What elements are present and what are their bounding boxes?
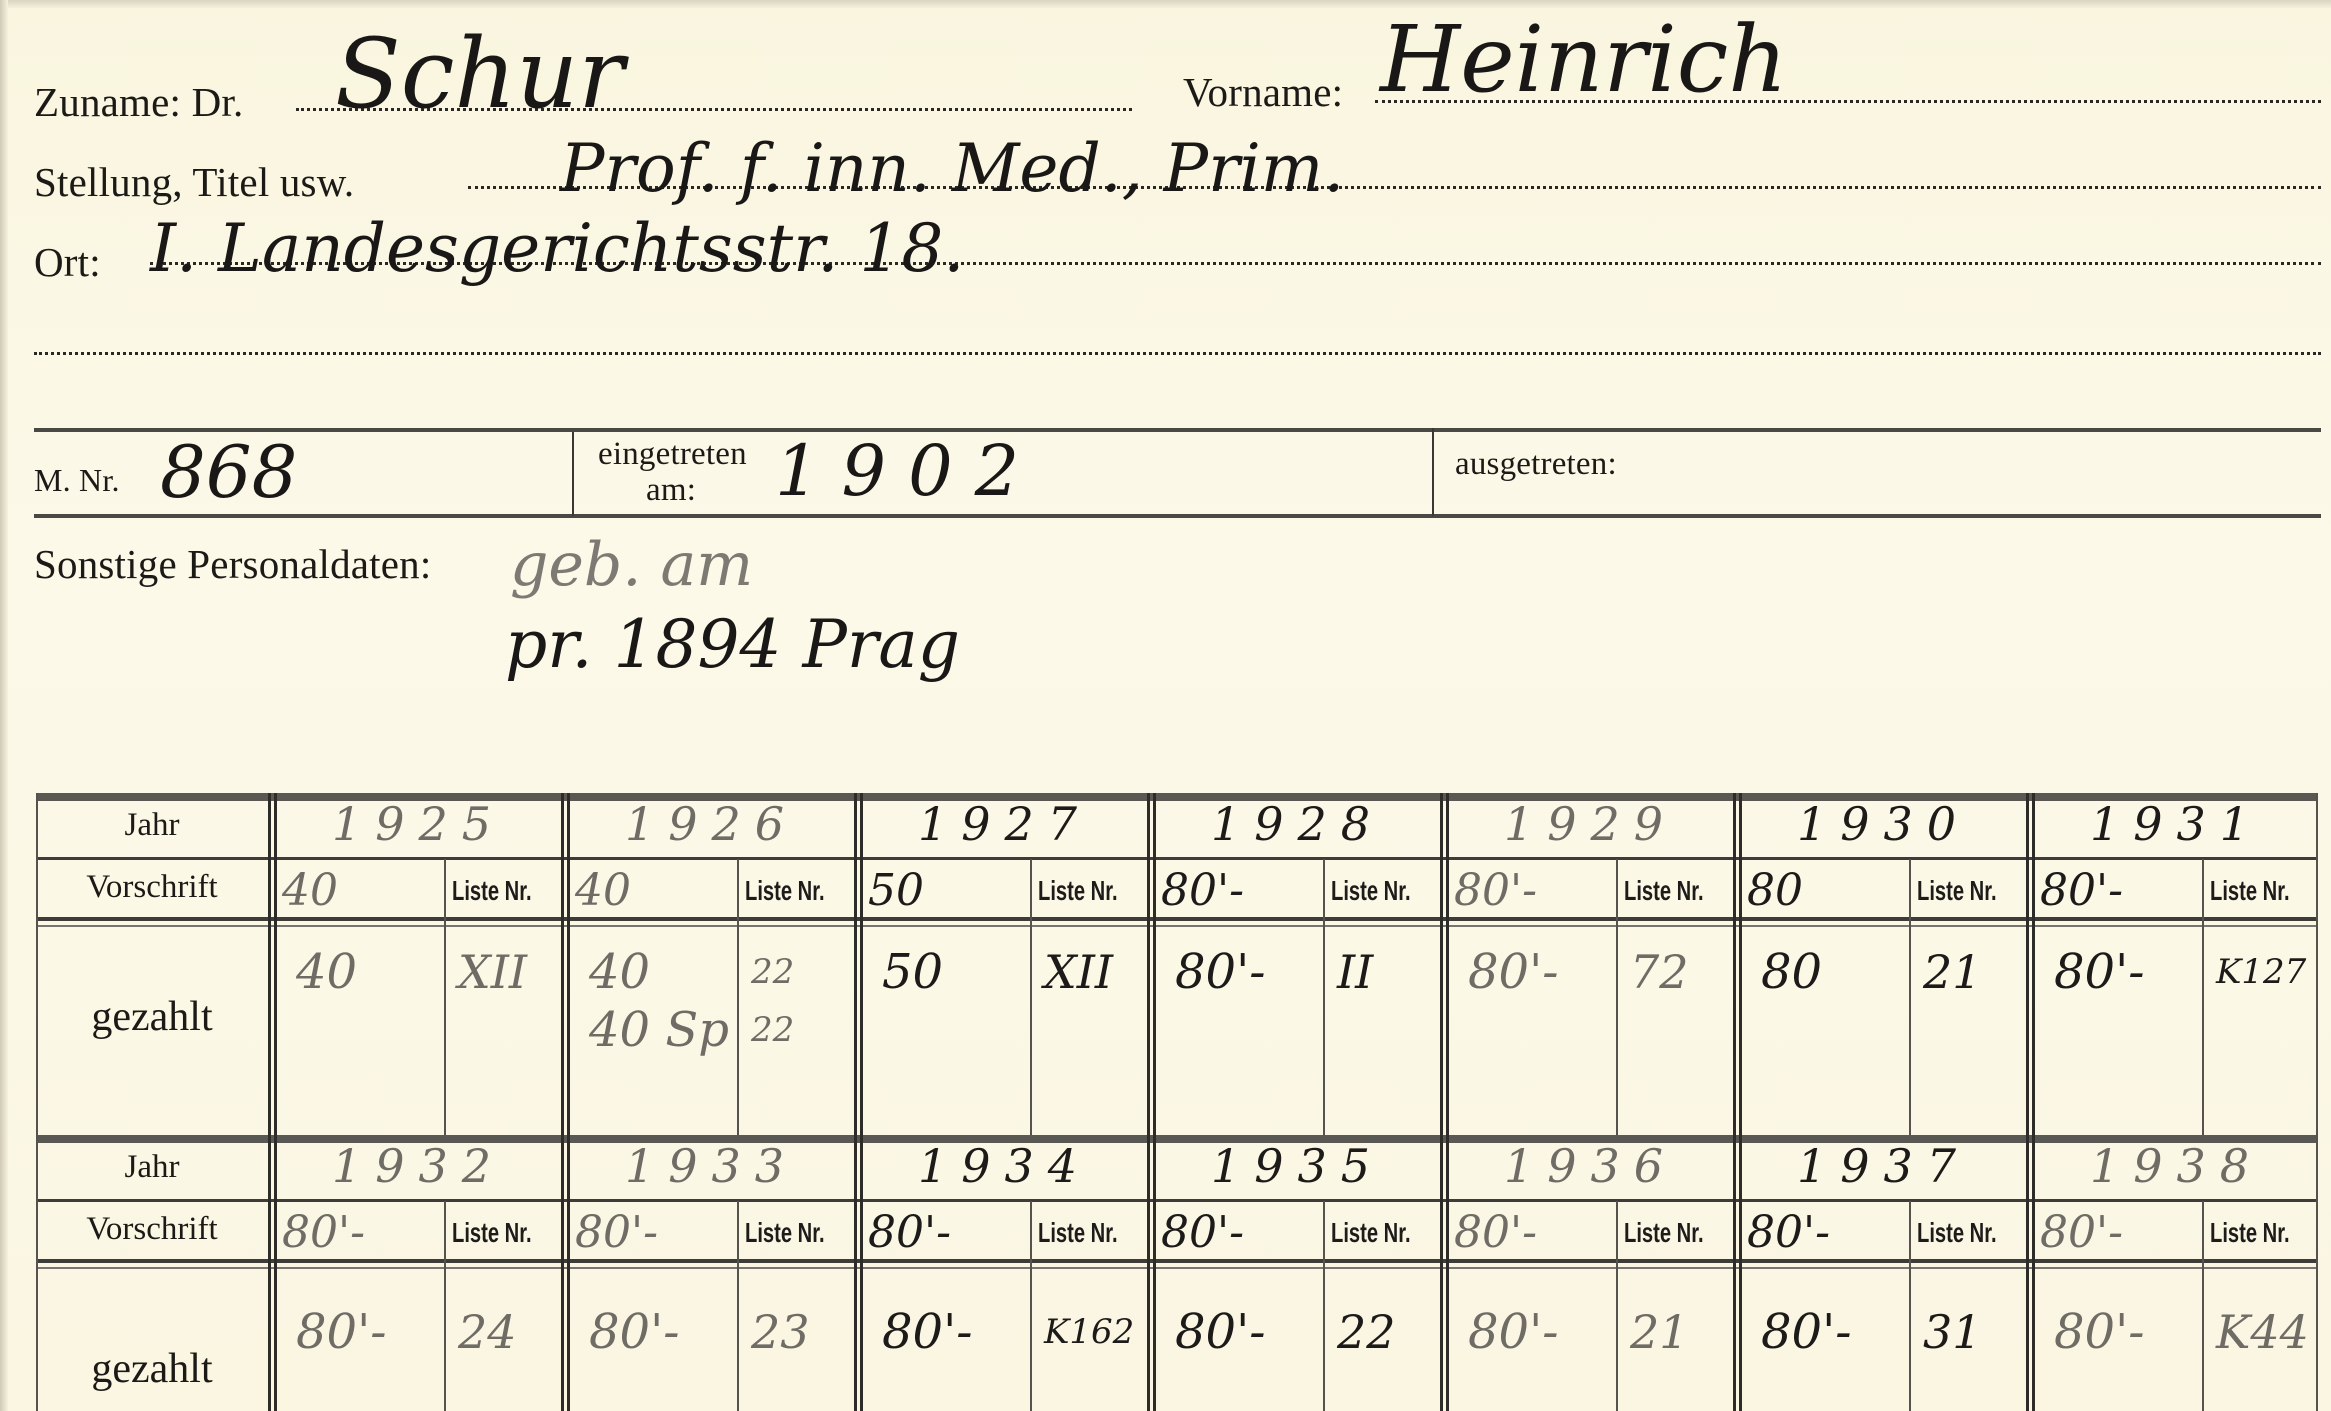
list-cell-1928: II: [1337, 943, 1373, 1001]
paid-cell-1929: 80'-: [1468, 943, 1559, 1001]
other-data-line1: geb. am: [510, 530, 753, 600]
year-cell-1929: 1929: [1504, 797, 1677, 851]
list-column-divider: [2202, 1201, 2204, 1411]
table-block-2: JahrVorschriftgezahlt193280'-Liste Nr.80…: [36, 1135, 2318, 1411]
list-no-header: Liste Nr.: [1331, 875, 1411, 907]
prescribed-cell-1928: 80'-: [1161, 865, 1244, 916]
member-row-divider-2: [1432, 428, 1434, 516]
year-column-divider: [2026, 1135, 2029, 1411]
list-column-divider: [444, 859, 446, 1143]
year-cell-1937: 1937: [1797, 1139, 1970, 1193]
year-column-divider: [1440, 793, 1443, 1143]
list-cell-1929: 72: [1630, 943, 1689, 1001]
list-no-header: Liste Nr.: [1331, 1217, 1411, 1249]
list-column-divider: [737, 1201, 739, 1411]
year-column-divider: [854, 1135, 857, 1411]
list-cell-1932: 24: [458, 1303, 517, 1361]
list-column-divider: [1616, 1201, 1618, 1411]
prescribed-cell-1930: 80: [1747, 865, 1803, 916]
paid-cell-1930: 80: [1761, 943, 1822, 1001]
list-no-header: Liste Nr.: [2210, 1217, 2290, 1249]
list-no-header: Liste Nr.: [2210, 875, 2290, 907]
prescribed-row-rule-2: [36, 1267, 2318, 1269]
year-cell-1934: 1934: [918, 1139, 1091, 1193]
table-block-1: JahrVorschriftgezahlt192540Liste Nr.40XI…: [36, 793, 2318, 1143]
year-cell-1930: 1930: [1797, 797, 1970, 851]
blank-dotted-line: [34, 352, 2321, 355]
list-cell-1933: 23: [751, 1303, 810, 1361]
prescribed-cell-1932: 80'-: [282, 1207, 365, 1258]
paid-cell-1931: 80'-: [2054, 943, 2145, 1001]
member-no-label: M. Nr.: [34, 462, 120, 499]
list-no-header: Liste Nr.: [1624, 875, 1704, 907]
paid-cell-1933: 80'-: [589, 1303, 680, 1361]
prescribed-cell-1931: 80'-: [2040, 865, 2123, 916]
year-column-divider: [561, 1135, 564, 1411]
position-label: Stellung, Titel usw.: [34, 158, 354, 206]
paid-cell-1932: 80'-: [296, 1303, 387, 1361]
year-cell-1927: 1927: [918, 797, 1091, 851]
prescribed-cell-1925: 40: [282, 865, 338, 916]
year-column-divider: [561, 793, 564, 1143]
year-cell-1931: 1931: [2090, 797, 2263, 851]
card-top-edge: [0, 0, 2331, 8]
paid-cell-1927: 50: [882, 943, 943, 1001]
list-cell-1935: 22: [1337, 1303, 1396, 1361]
paid-cell-1925: 40: [296, 943, 357, 1001]
prescribed-cell-1936: 80'-: [1454, 1207, 1537, 1258]
paid-cell-1938: 80'-: [2054, 1303, 2145, 1361]
row-label-year: Jahr: [36, 1149, 268, 1186]
list-column-divider: [737, 859, 739, 1143]
table-right-border: [2316, 1135, 2318, 1411]
list-cell-1930: 21: [1923, 943, 1982, 1001]
paid-cell-1934: 80'-: [882, 1303, 973, 1361]
paid-cell-1926: 40 40 Sp: [589, 943, 729, 1059]
year-cell-1925: 1925: [332, 797, 505, 851]
year-column-divider: [854, 793, 857, 1143]
year-column-divider: [1733, 793, 1736, 1143]
list-column-divider: [1909, 1201, 1911, 1411]
list-column-divider: [1616, 859, 1618, 1143]
member-row-top-rule: [34, 428, 2321, 432]
table-right-border: [2316, 793, 2318, 1143]
list-cell-1938: K44: [2216, 1303, 2309, 1361]
year-cell-1933: 1933: [625, 1139, 798, 1193]
member-no-value: 868: [160, 430, 297, 514]
member-row-bottom-rule: [34, 514, 2321, 518]
year-cell-1928: 1928: [1211, 797, 1384, 851]
row-label-paid: gezahlt: [36, 1345, 268, 1393]
year-column-divider: [2026, 793, 2029, 1143]
list-column-divider: [444, 1201, 446, 1411]
year-column-divider: [1440, 1135, 1443, 1411]
list-column-divider: [1030, 1201, 1032, 1411]
year-column-divider: [1147, 793, 1150, 1143]
list-no-header: Liste Nr.: [1038, 875, 1118, 907]
list-cell-1925: XII: [458, 943, 527, 1001]
paid-cell-1936: 80'-: [1468, 1303, 1559, 1361]
row-label-prescribed: Vorschrift: [36, 1211, 268, 1248]
year-column-divider: [1733, 1135, 1736, 1411]
list-cell-1931: K127: [2216, 943, 2306, 1001]
year-row-rule: [36, 857, 2318, 860]
year-cell-1935: 1935: [1211, 1139, 1384, 1193]
prescribed-row-rule-2: [36, 925, 2318, 927]
joined-value: 1902: [775, 430, 1041, 512]
firstname-value: Heinrich: [1380, 6, 1788, 113]
list-no-header: Liste Nr.: [1624, 1217, 1704, 1249]
year-row-rule: [36, 1199, 2318, 1202]
prescribed-cell-1926: 40: [575, 865, 631, 916]
list-no-header: Liste Nr.: [452, 1217, 532, 1249]
card-left-edge: [0, 0, 8, 1411]
prescribed-cell-1934: 80'-: [868, 1207, 951, 1258]
other-data-label: Sonstige Personaldaten:: [34, 540, 431, 588]
list-column-divider: [1030, 859, 1032, 1143]
list-cell-1927: XII: [1044, 943, 1113, 1001]
list-no-header: Liste Nr.: [452, 875, 532, 907]
prescribed-cell-1937: 80'-: [1747, 1207, 1830, 1258]
year-cell-1938: 1938: [2090, 1139, 2263, 1193]
year-cell-1926: 1926: [625, 797, 798, 851]
prescribed-cell-1938: 80'-: [2040, 1207, 2123, 1258]
paid-cell-1935: 80'-: [1175, 1303, 1266, 1361]
joined-label-line1: eingetreten: [598, 436, 747, 473]
list-no-header: Liste Nr.: [1038, 1217, 1118, 1249]
paid-cell-1928: 80'-: [1175, 943, 1266, 1001]
row-label-prescribed: Vorschrift: [36, 869, 268, 906]
paid-cell-1937: 80'-: [1761, 1303, 1852, 1361]
list-column-divider: [1323, 859, 1325, 1143]
prescribed-row-rule: [36, 917, 2318, 921]
list-no-header: Liste Nr.: [1917, 1217, 1997, 1249]
prescribed-cell-1935: 80'-: [1161, 1207, 1244, 1258]
list-cell-1936: 21: [1630, 1303, 1689, 1361]
table-left-border: [36, 793, 38, 1143]
list-cell-1926: 22 22: [751, 943, 794, 1059]
place-value: I. Landesgerichtsstr. 18.: [150, 210, 964, 287]
prescribed-cell-1929: 80'-: [1454, 865, 1537, 916]
row-label-paid: gezahlt: [36, 993, 268, 1041]
list-no-header: Liste Nr.: [1917, 875, 1997, 907]
firstname-label: Vorname:: [1183, 68, 1343, 116]
label-column-divider: [268, 1135, 271, 1411]
list-cell-1934: K162: [1044, 1303, 1134, 1361]
membership-index-card: Zuname: Dr. Schur Vorname: Heinrich Stel…: [0, 0, 2331, 1411]
member-row-divider-1: [572, 432, 574, 516]
joined-label-line2: am:: [646, 472, 696, 509]
list-no-header: Liste Nr.: [745, 1217, 825, 1249]
position-value: Prof. f. inn. Med., Prim.: [560, 130, 1344, 207]
place-label: Ort:: [34, 238, 101, 286]
prescribed-row-rule: [36, 1259, 2318, 1263]
list-no-header: Liste Nr.: [745, 875, 825, 907]
list-column-divider: [1909, 859, 1911, 1143]
other-data-line2: pr. 1894 Prag: [505, 606, 960, 683]
left-label: ausgetreten:: [1455, 446, 1617, 483]
year-column-divider: [1147, 1135, 1150, 1411]
surname-label: Zuname: Dr.: [34, 78, 243, 126]
year-cell-1932: 1932: [332, 1139, 505, 1193]
list-column-divider: [2202, 859, 2204, 1143]
list-column-divider: [1323, 1201, 1325, 1411]
prescribed-cell-1927: 50: [868, 865, 924, 916]
prescribed-cell-1933: 80'-: [575, 1207, 658, 1258]
list-cell-1937: 31: [1923, 1303, 1982, 1361]
label-column-divider: [268, 793, 271, 1143]
row-label-year: Jahr: [36, 807, 268, 844]
year-cell-1936: 1936: [1504, 1139, 1677, 1193]
surname-value: Schur: [335, 18, 624, 130]
